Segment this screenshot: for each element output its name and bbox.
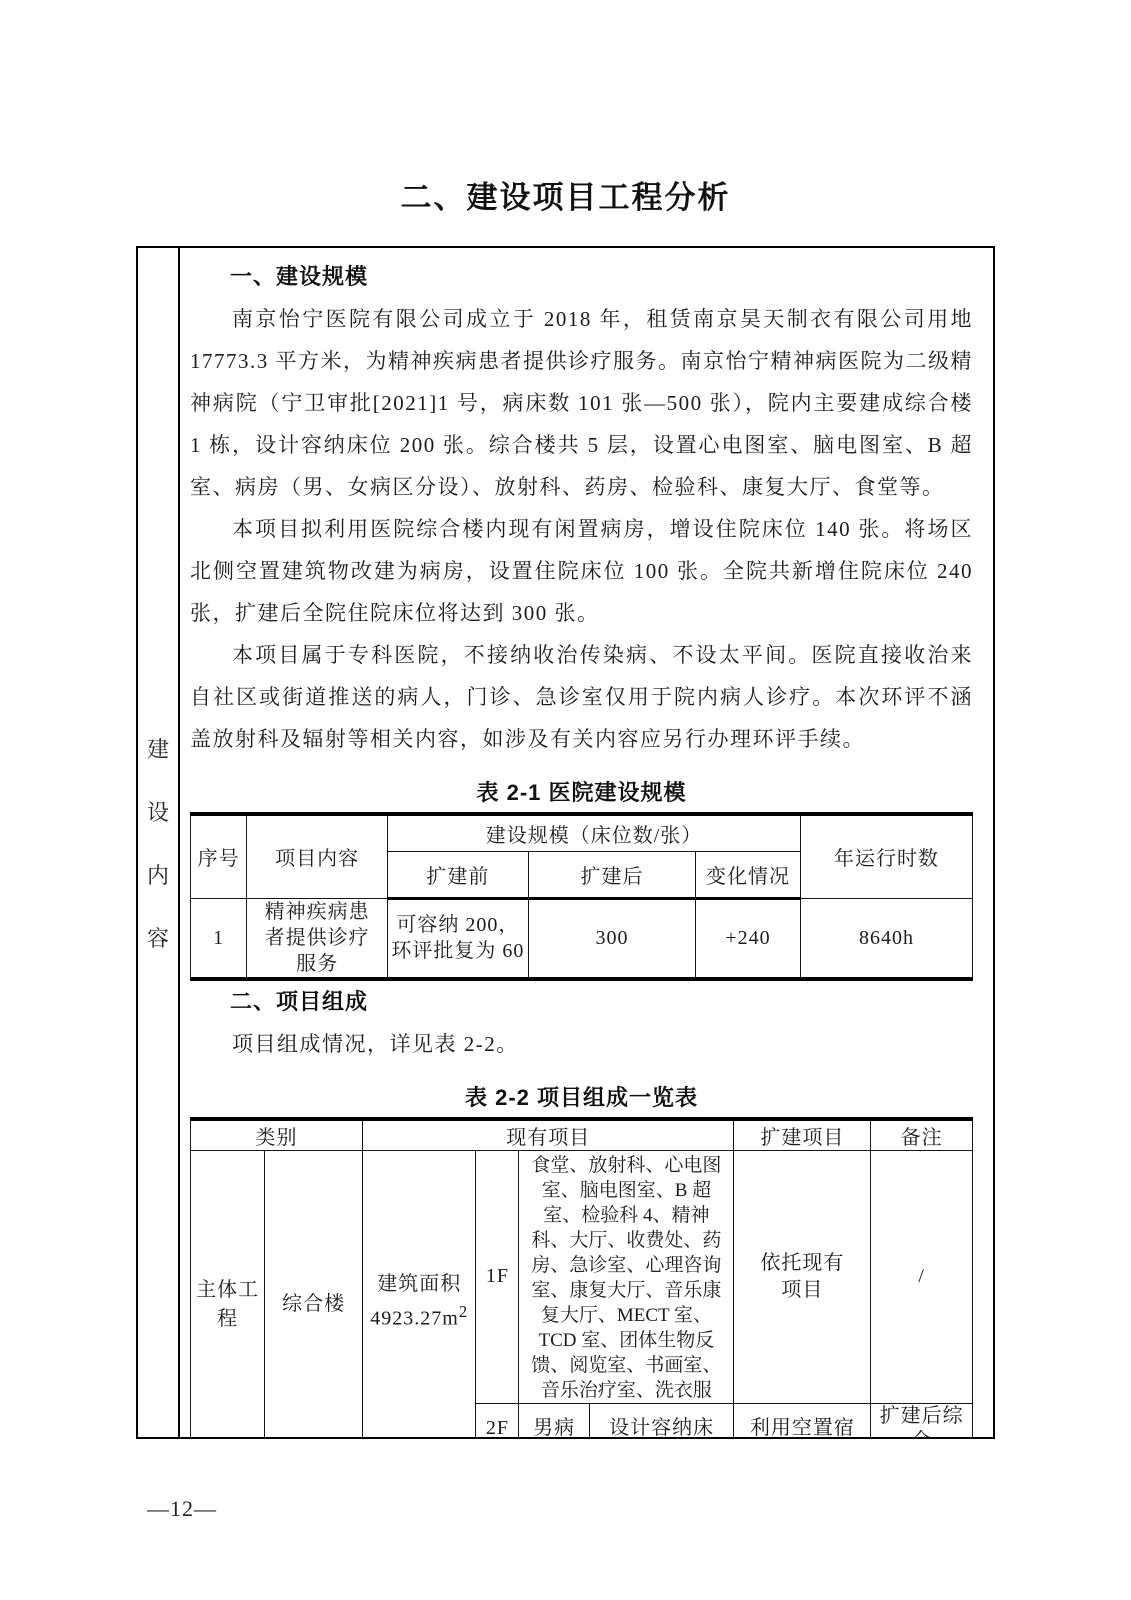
content-area: 一、建设规模 南京怡宁医院有限公司成立于 2018 年，租赁南京昊天制衣有限公司… <box>180 248 993 1437</box>
t2-cell-building: 综合楼 <box>265 1150 363 1437</box>
t2-cell-floor2-expansion: 利用空置宿 <box>734 1403 871 1437</box>
page-number: —12— <box>147 1496 217 1522</box>
table-row: 1 精神疾病患者提供诊疗服务 可容纳 200，环评批复为 60 300 +240… <box>191 898 973 979</box>
t1-header-after: 扩建后 <box>528 851 695 898</box>
t2-cell-floor1-expansion: 依托现有项目 <box>734 1150 871 1403</box>
sidebar-char: 建 <box>147 733 169 764</box>
sidebar-char: 内 <box>147 859 169 890</box>
t2-cell-floor1-remark: / <box>871 1150 973 1403</box>
sidebar-char: 设 <box>147 796 169 827</box>
paragraph: 本项目拟利用医院综合楼内现有闲置病房，增设住院床位 140 张。将场区北侧空置建… <box>190 508 973 634</box>
t1-cell-hours: 8640h <box>800 898 972 979</box>
table2-caption: 表 2-2 项目组成一览表 <box>190 1079 973 1117</box>
t1-header-scale-group: 建设规模（床位数/张） <box>388 814 801 851</box>
t2-cell-area: 建筑面积 4923.27m2 <box>363 1150 476 1437</box>
document-title: 二、建设项目工程分析 <box>0 172 1131 217</box>
area-label: 建筑面积 <box>363 1271 475 1298</box>
t2-cell-ward: 男病 <box>519 1403 589 1437</box>
t2-cell-floor1: 1F <box>476 1150 519 1403</box>
t1-cell-before: 可容纳 200，环评批复为 60 <box>388 898 529 979</box>
document-page: 二、建设项目工程分析 建 设 内 容 一、建设规模 南京怡宁医院有限公司成立于 … <box>0 0 1131 1600</box>
t1-header-before: 扩建前 <box>388 851 529 898</box>
t2-header-remark: 备注 <box>871 1119 973 1151</box>
t2-cell-category: 主体工程 <box>191 1150 265 1437</box>
t1-header-item: 项目内容 <box>247 814 388 898</box>
paragraph: 项目组成情况，详见表 2-2。 <box>190 1023 973 1065</box>
area-value: 4923.27m2 <box>363 1298 475 1333</box>
table-row: 主体工程 综合楼 建筑面积 4923.27m2 1F 食堂、放射科、心电图室、脑… <box>191 1150 973 1403</box>
t1-cell-index: 1 <box>191 898 247 979</box>
table1-caption: 表 2-1 医院建设规模 <box>190 774 973 812</box>
hospital-scale-table: 序号 项目内容 建设规模（床位数/张） 年运行时数 扩建前 扩建后 变化情况 1… <box>190 812 973 981</box>
project-composition-table: 类别 现有项目 扩建项目 备注 主体工程 综合楼 建筑面积 4923.27m2 … <box>190 1117 973 1438</box>
t1-cell-after: 300 <box>528 898 695 979</box>
section2-heading: 二、项目组成 <box>190 981 973 1023</box>
t1-header-change: 变化情况 <box>696 851 801 898</box>
t2-header-expansion: 扩建项目 <box>734 1119 871 1151</box>
t1-cell-change: +240 <box>696 898 801 979</box>
paragraph: 本项目属于专科医院，不接纳收治传染病、不设太平间。医院直接收治来自社区或街道推送… <box>190 634 973 760</box>
t2-cell-beds: 设计容纳床 <box>589 1403 734 1437</box>
content-box: 建 设 内 容 一、建设规模 南京怡宁医院有限公司成立于 2018 年，租赁南京… <box>136 246 995 1439</box>
paragraph: 南京怡宁医院有限公司成立于 2018 年，租赁南京昊天制衣有限公司用地 1777… <box>190 298 973 508</box>
t1-header-index: 序号 <box>191 814 247 898</box>
t1-header-hours: 年运行时数 <box>800 814 972 898</box>
t2-header-existing: 现有项目 <box>363 1119 734 1151</box>
t2-header-category: 类别 <box>191 1119 363 1151</box>
sidebar-label: 建 设 内 容 <box>138 248 180 1437</box>
t1-cell-item: 精神疾病患者提供诊疗服务 <box>247 898 388 979</box>
t2-cell-floor2-remark: 扩建后综合 <box>871 1403 973 1437</box>
t2-cell-floor2: 2F <box>476 1403 519 1437</box>
sidebar-char: 容 <box>147 922 169 953</box>
section1-heading: 一、建设规模 <box>190 256 973 298</box>
t2-cell-rooms: 食堂、放射科、心电图室、脑电图室、B 超室、检验科 4、精神科、大厅、收费处、药… <box>519 1150 734 1403</box>
